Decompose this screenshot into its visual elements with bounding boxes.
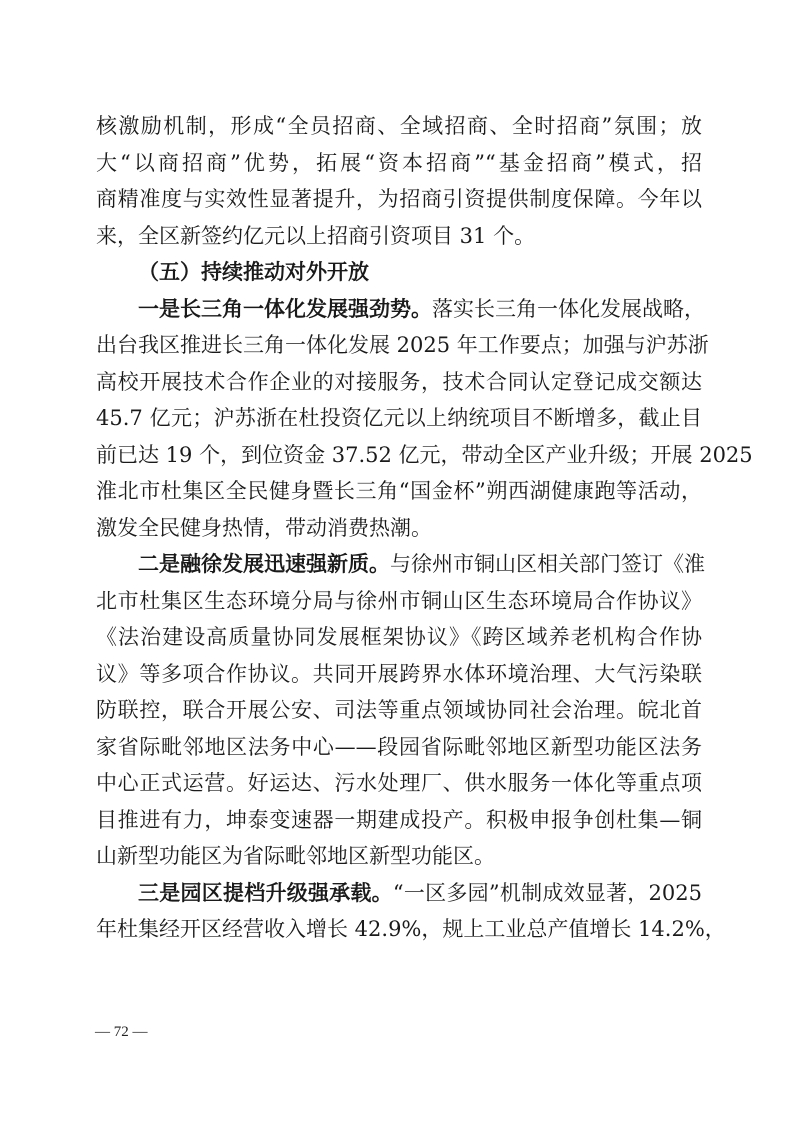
text-line: 核激励机制，形成“全员招商、全域招商、全时招商”氛围；放 <box>96 108 702 145</box>
text-line: 出台我区推进长三角一体化发展 2025 年工作要点；加强与沪苏浙 <box>96 327 702 364</box>
text-line: 大“以商招商”优势，拓展“资本招商”“基金招商”模式，招 <box>96 145 702 182</box>
paragraph-3-first-line: 三是园区提档升级强承载。“一区多园”机制成效显著，2025 <box>96 875 702 912</box>
text-line: 年杜集经开区经营收入增长 42.9%，规上工业总产值增长 14.2%， <box>96 911 702 948</box>
text-line: 淮北市杜集区全民健身暨长三角“国金杯”朔西湖健康跑等活动， <box>96 473 702 510</box>
text-line: 激发全民健身热情，带动消费热潮。 <box>96 510 702 547</box>
paragraph-1-lead: 一是长三角一体化发展强劲势。 <box>138 296 432 321</box>
text-line: 商精准度与实效性显著提升，为招商引资提供制度保障。今年以 <box>96 181 702 218</box>
paragraph-1-first-line: 一是长三角一体化发展强劲势。落实长三角一体化发展战略， <box>96 291 702 328</box>
paragraph-2-text: 与徐州市铜山区相关部门签订《淮 <box>390 552 705 576</box>
paragraph-1-text: 落实长三角一体化发展战略， <box>432 297 705 321</box>
text-line: 家省际毗邻地区法务中心——段园省际毗邻地区新型功能区法务 <box>96 729 702 766</box>
text-line: 45.7 亿元；沪苏浙在杜投资亿元以上纳统项目不断增多，截止目 <box>96 400 702 437</box>
paragraph-3-text: “一区多园”机制成效显著，2025 <box>393 881 702 905</box>
paragraph-3-lead: 三是园区提档升级强承载。 <box>138 880 393 905</box>
body-text: 核激励机制，形成“全员招商、全域招商、全时招商”氛围；放 大“以商招商”优势，拓… <box>96 108 702 948</box>
text-line: 防联控，联合开展公安、司法等重点领域协同社会治理。皖北首 <box>96 692 702 729</box>
text-line: 山新型功能区为省际毗邻地区新型功能区。 <box>96 838 702 875</box>
paragraph-2-lead: 二是融徐发展迅速强新质。 <box>138 551 390 576</box>
text-line: 中心正式运营。好运达、污水处理厂、供水服务一体化等重点项 <box>96 765 702 802</box>
text-line: 高校开展技术合作企业的对接服务，技术合同认定登记成交额达 <box>96 364 702 401</box>
text-line: 《法治建设高质量协同发展框架协议》《跨区域养老机构合作协 <box>96 619 702 656</box>
section-heading: （五）持续推动对外开放 <box>96 254 702 291</box>
text-line: 前已达 19 个，到位资金 37.52 亿元，带动全区产业升级；开展 2025 <box>96 437 702 474</box>
text-line: 议》等多项合作协议。共同开展跨界水体环境治理、大气污染联 <box>96 656 702 693</box>
text-line: 北市杜集区生态环境分局与徐州市铜山区生态环境局合作协议》 <box>96 583 702 620</box>
text-line: 来，全区新签约亿元以上招商引资项目 31 个。 <box>96 218 702 255</box>
document-page: 核激励机制，形成“全员招商、全域招商、全时招商”氛围；放 大“以商招商”优势，拓… <box>0 0 793 1122</box>
paragraph-2-first-line: 二是融徐发展迅速强新质。与徐州市铜山区相关部门签订《淮 <box>96 546 702 583</box>
page-number: — 72 — <box>95 1024 148 1041</box>
text-line: 目推进有力，坤泰变速器一期建成投产。积极申报争创杜集—铜 <box>96 802 702 839</box>
